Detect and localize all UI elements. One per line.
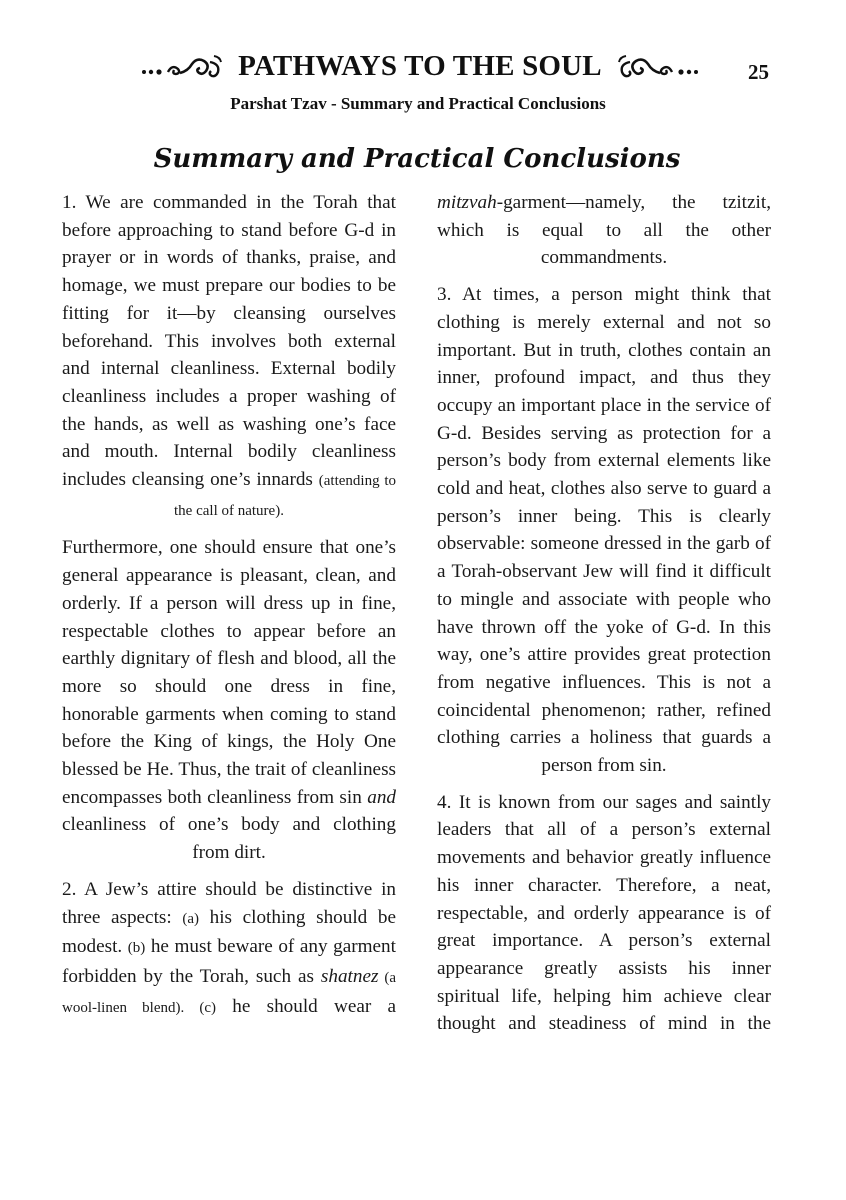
chapter-subtitle: Parshat Tzav - Summary and Practical Con… — [0, 94, 846, 114]
running-title-text: PATHWAYS TO THE SOUL — [238, 50, 602, 83]
paragraph-1b-text: Furthermore, one should ensure that one’… — [62, 537, 396, 807]
left-column: 1. We are commanded in the Torah that be… — [62, 189, 396, 1022]
marker-a: (a) — [182, 911, 199, 927]
page-header: PATHWAYS TO THE SOUL 25 — [0, 50, 846, 90]
page-number: 25 — [748, 60, 769, 85]
running-title: PATHWAYS TO THE SOUL — [120, 50, 720, 83]
item-c-text: he should wear a — [216, 996, 396, 1017]
paragraph-3: 3. At times, a person might think that c… — [437, 281, 771, 780]
scroll-ornament-left-icon — [140, 54, 232, 80]
emphasis-and: and — [367, 787, 396, 808]
paragraph-2: 2. A Jew’s attire should be distinctive … — [62, 876, 396, 1023]
marker-c: (c) — [184, 1000, 216, 1016]
paragraph-4: 4. It is known from our sages and saintl… — [437, 789, 771, 1038]
term-mitzvah: mitzvah — [437, 192, 497, 213]
paragraph-1: 1. We are commanded in the Torah that be… — [62, 189, 396, 525]
chapter-subtitle-text: Parshat Tzav - Summary and Practical Con… — [230, 94, 606, 113]
term-shatnez: shatnez — [321, 966, 379, 987]
scroll-ornament-right-icon — [608, 54, 700, 80]
right-column: mitzvah-garment—namely, the tzitzit, whi… — [437, 189, 771, 1038]
paragraph-2-continued: mitzvah-garment—namely, the tzitzit, whi… — [437, 189, 771, 272]
marker-b: (b) — [128, 940, 146, 956]
paragraph-1-text: 1. We are commanded in the Torah that be… — [62, 192, 396, 490]
section-title: Summary and Practical Conclusions — [0, 144, 834, 174]
paragraph-1b-text-end: cleanliness of one’s body and clothing f… — [62, 814, 396, 863]
paragraph-1b: Furthermore, one should ensure that one’… — [62, 534, 396, 866]
